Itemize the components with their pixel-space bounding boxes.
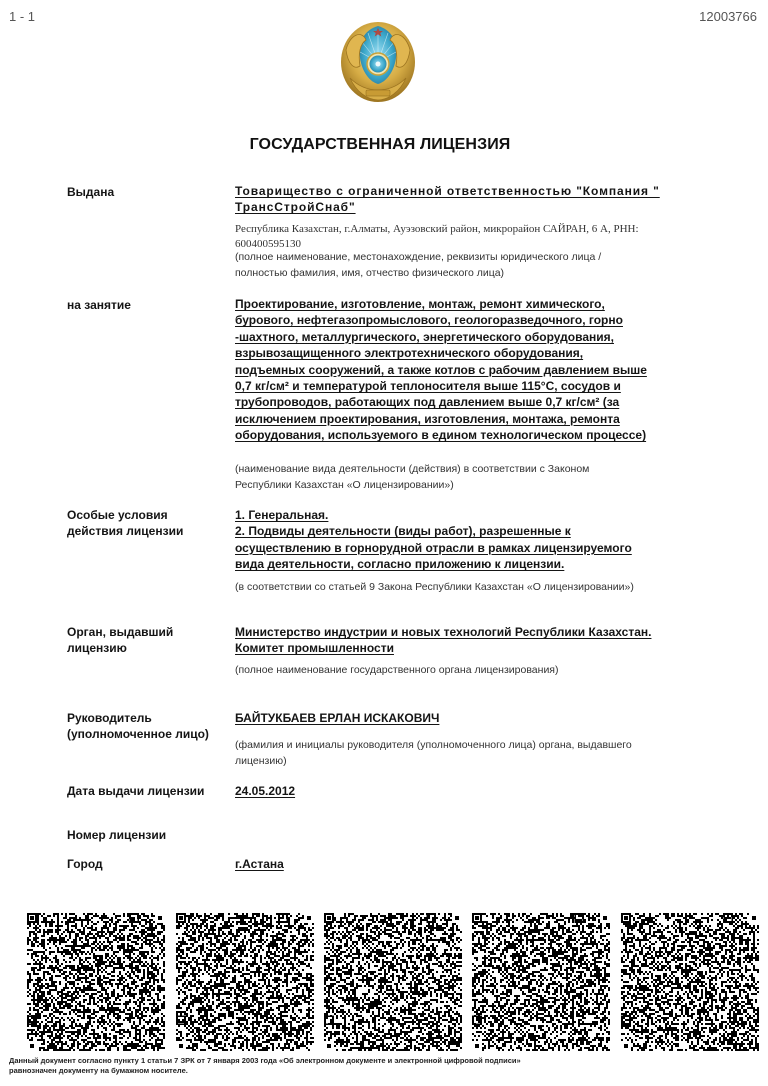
qr-code-3 — [324, 913, 462, 1051]
document-title: ГОСУДАРСТВЕННАЯ ЛИЦЕНЗИЯ — [0, 136, 768, 154]
head-name: БАЙТУКБАЕВ ЕРЛАН ИСКАКОВИЧ — [235, 711, 439, 725]
issuing-authority-label: Орган, выдавший лицензию — [67, 624, 173, 656]
label-line: лицензию — [67, 640, 173, 656]
issuing-authority-note: (полное наименование государственного ор… — [235, 663, 715, 679]
authority-line: Министерство индустрии и новых технологи… — [235, 624, 735, 640]
qr-code-4 — [472, 913, 610, 1051]
issued-to-line: ТрансСтройСнаб" — [235, 199, 715, 215]
note-line: Республики Казахстан «О лицензировании») — [235, 478, 715, 494]
qr-code-2 — [176, 913, 314, 1051]
issue-date-value: 24.05.2012 — [235, 783, 715, 799]
condition-line: осуществлению в горнорудной отрасли в ра… — [235, 540, 725, 556]
activity-line: трубопроводов, работающих под давлением … — [235, 394, 725, 410]
special-conditions-note: (в соответствии со статьей 9 Закона Респ… — [235, 580, 715, 596]
condition-line: вида деятельности, согласно приложению к… — [235, 556, 725, 572]
address-line: Республика Казахстан, г.Алматы, Ауэзовск… — [235, 222, 715, 237]
head-note: (фамилия и инициалы руководителя (уполно… — [235, 738, 715, 769]
issued-to-note: (полное наименование, местонахождение, р… — [235, 250, 715, 281]
activity-line: взрывозащищенного электротехнического об… — [235, 345, 725, 361]
activity-line: оборудования, используемого в едином тех… — [235, 427, 725, 443]
condition-line: 2. Подвиды деятельности (виды работ), ра… — [235, 523, 725, 539]
note-line: полностью фамилия, имя, отчество физичес… — [235, 266, 715, 282]
issued-to-label: Выдана — [67, 184, 114, 200]
issue-date: 24.05.2012 — [235, 784, 295, 798]
label-line: Руководитель — [67, 710, 209, 726]
document-number: 12003766 — [699, 9, 757, 24]
qr-code-1 — [27, 913, 165, 1051]
qr-code-5 — [621, 913, 759, 1051]
kazakhstan-state-emblem-icon — [336, 20, 420, 106]
activity-value: Проектирование, изготовление, монтаж, ре… — [235, 296, 725, 444]
footer-line: равнозначен документу на бумажном носите… — [9, 1066, 609, 1076]
city-value: г.Астана — [235, 856, 715, 872]
issue-date-label: Дата выдачи лицензии — [67, 783, 204, 799]
city-label: Город — [67, 856, 103, 872]
authority-line: Комитет промышленности — [235, 640, 735, 656]
city: г.Астана — [235, 857, 284, 871]
label-line: Особые условия — [67, 507, 183, 523]
license-number-label: Номер лицензии — [67, 827, 166, 843]
special-conditions-value: 1. Генеральная.2. Подвиды деятельности (… — [235, 507, 725, 573]
note-line: (наименование вида деятельности (действи… — [235, 462, 715, 478]
qr-code-row — [0, 913, 768, 1053]
head-label: Руководитель (уполномоченное лицо) — [67, 710, 209, 742]
page-indicator: 1 - 1 — [9, 9, 35, 24]
activity-line: исключением проектирования, изготовления… — [235, 411, 725, 427]
activity-line: Проектирование, изготовление, монтаж, ре… — [235, 296, 725, 312]
label-line: действия лицензии — [67, 523, 183, 539]
activity-line: -шахтного, металлургического, энергетиче… — [235, 329, 725, 345]
label-line: Орган, выдавший — [67, 624, 173, 640]
label-line: (уполномоченное лицо) — [67, 726, 209, 742]
issuing-authority-value: Министерство индустрии и новых технологи… — [235, 624, 735, 657]
activity-note: (наименование вида деятельности (действи… — [235, 462, 715, 493]
note-line: (полное наименование, местонахождение, р… — [235, 250, 715, 266]
issued-to-value: Товарищество с ограниченной ответственно… — [235, 183, 715, 216]
issued-to-address: Республика Казахстан, г.Алматы, Ауэзовск… — [235, 222, 715, 252]
legal-footer: Данный документ согласно пункту 1 статьи… — [9, 1056, 609, 1076]
special-conditions-label: Особые условия действия лицензии — [67, 507, 183, 539]
issued-to-line: Товарищество с ограниченной ответственно… — [235, 183, 715, 199]
condition-line: 1. Генеральная. — [235, 507, 725, 523]
activity-label: на занятие — [67, 297, 131, 313]
document-title-text: ГОСУДАРСТВЕННАЯ ЛИЦЕНЗИЯ — [250, 136, 511, 154]
activity-line: 0,7 кг/см² и температурой теплоносителя … — [235, 378, 725, 394]
activity-line: бурового, нефтегазопромыслового, геолого… — [235, 312, 725, 328]
note-line: лицензию) — [235, 754, 715, 770]
head-value: БАЙТУКБАЕВ ЕРЛАН ИСКАКОВИЧ — [235, 710, 715, 726]
footer-line: Данный документ согласно пункту 1 статьи… — [9, 1056, 609, 1066]
activity-line: подъемных сооружений, а также котлов с р… — [235, 362, 725, 378]
note-line: (фамилия и инициалы руководителя (уполно… — [235, 738, 715, 754]
